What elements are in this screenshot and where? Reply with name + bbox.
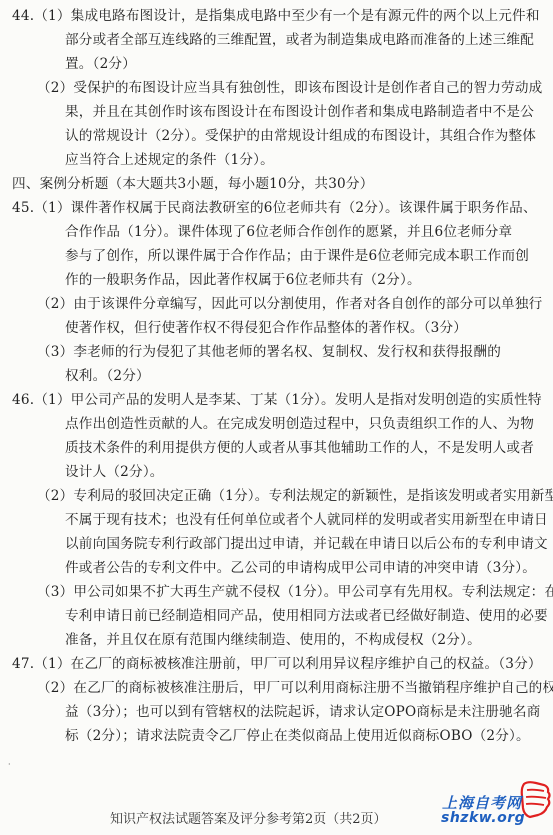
text-line: 四、案例分析题（本大题共3小题，每小题10分，共30分） <box>12 175 374 193</box>
text-line: 质技术条件的利用提供方便的人或者从事其他辅助工作的人，不是发明人或者 <box>65 439 534 457</box>
text-line: 作的一般职务作品，因此著作权属于6位老师共有（2分）。 <box>65 271 421 289</box>
text-line: 标（2分）；请求法院责令乙厂停止在类似商品上使用近似商标OBO（2分）。 <box>65 727 530 745</box>
page-footer: 知识产权法试题答案及评分参考第2页（共2页） <box>110 808 387 827</box>
text-line: 46.（1）甲公司产品的发明人是李某、丁某（1分）。发明人是指对发明创造的实质性… <box>12 391 542 409</box>
text-line: 件或者公告的专利文件中。乙公司的申请构成甲公司申请的冲突申请（3分）。 <box>65 559 536 577</box>
stray-mark: · <box>8 760 11 769</box>
text-line: 45.（1）课件著作权属于民商法教研室的6位老师共有（2分）。该课件属于职务作品… <box>12 199 537 217</box>
text-line: 点作出创造性贡献的人。在完成发明创造过程中，只负责组织工作的人、为物 <box>65 415 534 433</box>
text-line: 准备，并且仅在原有范围内继续制造、使用的，不构成侵权（2分）。 <box>65 631 481 649</box>
text-line: （2）由于该课件分章编写，因此可以分割使用，作者对各自创作的部分可以单独行 <box>37 295 542 313</box>
text-line: 权利。（2分） <box>65 367 150 385</box>
site-watermark-logo: 上海自考网 shzkw.org <box>440 780 550 835</box>
text-line: （2）受保护的布图设计应当具有独创性，即该布图设计是创作者自己的智力劳动成 <box>37 79 542 97</box>
text-line: 44.（1）集成电路布图设计，是指集成电路中至少有一个是有源元件的两个以上元件和 <box>12 7 540 25</box>
logo-domain-text: shzkw.org <box>441 810 525 826</box>
text-line: （3）甲公司如果不扩大再生产就不侵权（1分）。甲公司享有先用权。专利法规定：在 <box>37 583 553 601</box>
text-line: 47.（1）在乙厂的商标被核准注册前，甲厂可以利用异议程序维护自己的权益。（3分… <box>12 655 542 673</box>
text-line: 使著作权，但行使著作权不得侵犯合作作品整体的著作权。（3分） <box>65 319 467 337</box>
document-page: 44.（1）集成电路布图设计，是指集成电路中至少有一个是有源元件的两个以上元件和… <box>0 0 553 835</box>
text-line: 合作作品（1分）。课件体现了6位老师合作创作的愿紧，并且6位老师分章 <box>65 223 512 241</box>
text-line: 以前向国务院专利行政部门提出过申请，并记载在申请日以后公布的专利申请文 <box>65 535 548 553</box>
text-line: （3）李老师的行为侵犯了其他老师的署名权、复制权、发行权和获得报酬的 <box>37 343 501 361</box>
text-line: 专利申请日前已经制造相同产品，使用相同方法或者已经做好制造、使用的必要 <box>65 607 548 625</box>
text-line: 益（3分）；也可以到有管辖权的法院起诉，请求认定OPO商标是未注册驰名商 <box>65 703 540 721</box>
text-line: （2）在乙厂的商标被核准注册后，甲厂可以利用商标注册不当撤销程序维护自己的权 <box>37 679 553 697</box>
text-line: 参与了创作，所以课件属于合作作品；由于课件是6位老师完成本职工作而创 <box>65 247 529 265</box>
text-line: 部分或者全部互连线路的三维配置，或者为制造集成电路而准备的上述三维配 <box>65 31 534 49</box>
text-line: 果，并且在其创作时该布图设计在布图设计创作者和集成电路制造者中不是公 <box>65 103 534 121</box>
text-line: 认的常规设计（2分）。受保护的由常规设计组成的布图设计，其组合作为整体 <box>65 127 536 145</box>
text-line: （2）专利局的驳回决定正确（1分）。专利法规定的新颖性，是指该发明或者实用新型 <box>37 487 553 505</box>
text-line: 应当符合上述规定的条件（1分）。 <box>65 151 274 169</box>
text-line: 不属于现有技术；也没有任何单位或者个人就同样的发明或者实用新型在申请日 <box>65 511 548 529</box>
text-line: 置。（2分） <box>65 55 136 73</box>
text-line: 设计人（2分）。 <box>65 463 164 481</box>
